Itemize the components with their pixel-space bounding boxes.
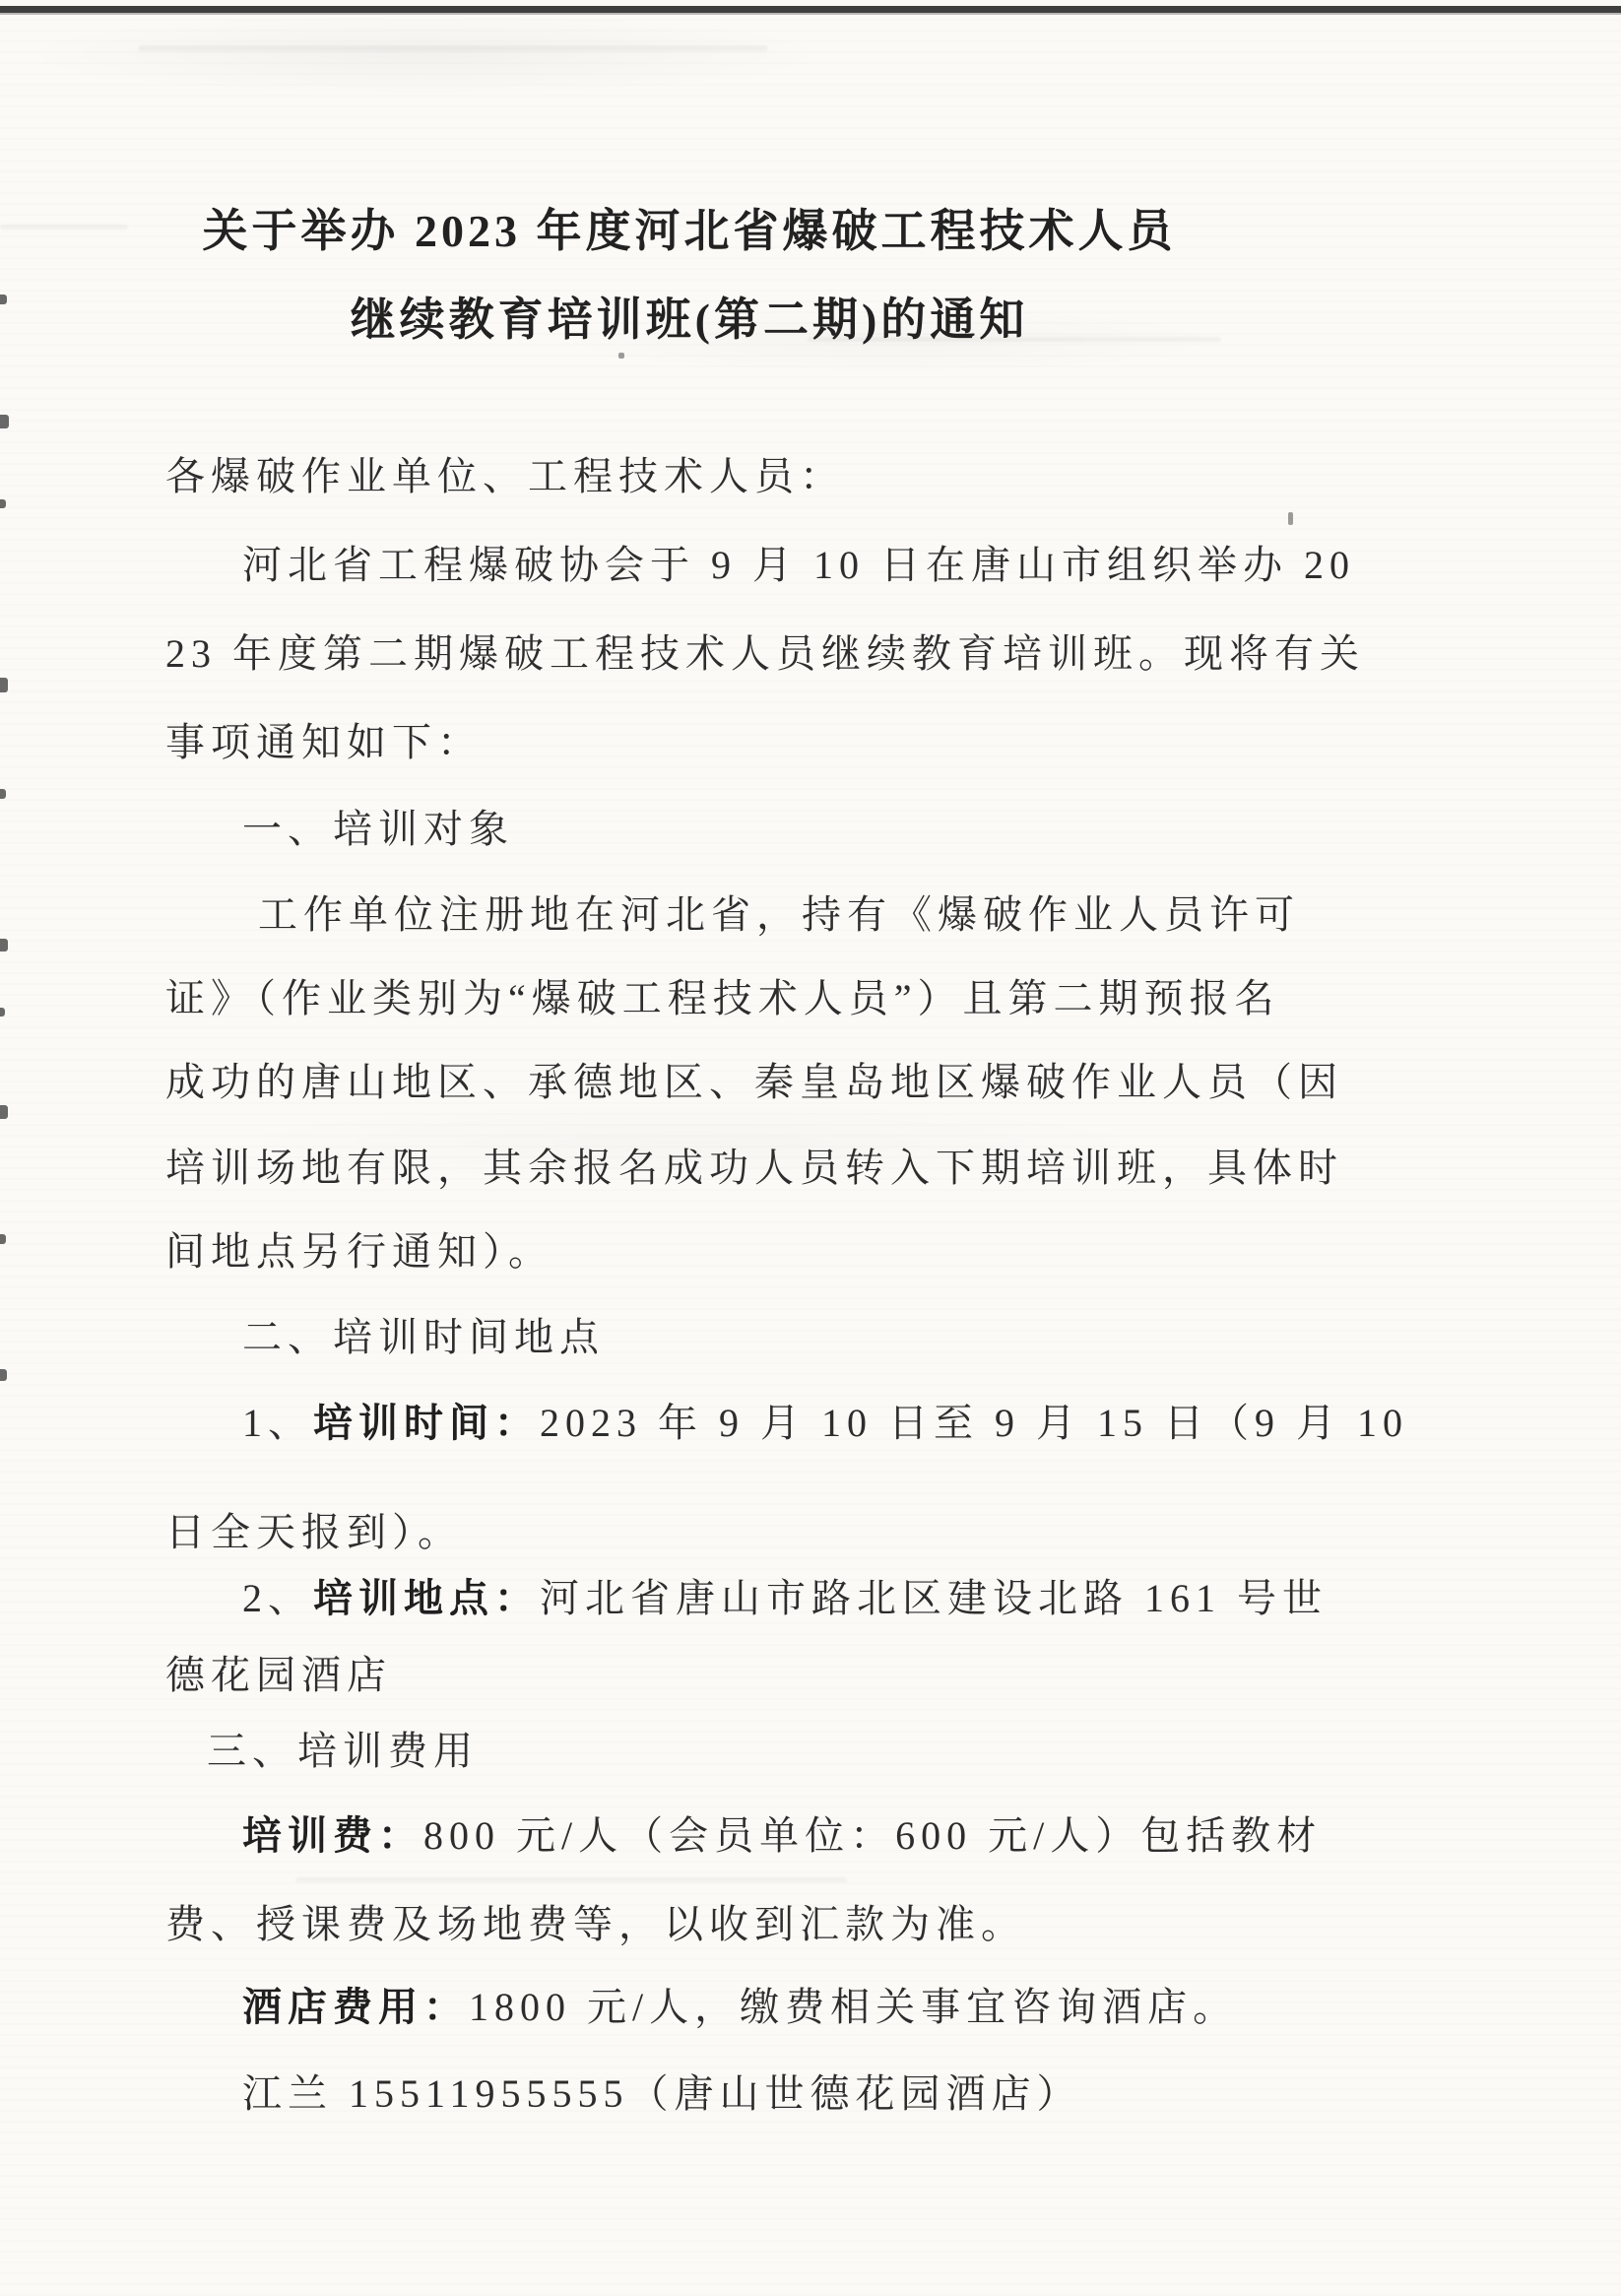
doc-line-salutation: 各爆破作业单位、工程技术人员：	[165, 451, 845, 502]
scan-edge-line	[0, 6, 1621, 13]
scan-artifact	[0, 1105, 8, 1119]
doc-title-line-2: 继续教育培训班(第二期)的通知	[0, 284, 1379, 349]
scan-smudge	[295, 1877, 847, 1882]
scan-artifact	[0, 939, 8, 951]
doc-line: 成功的唐山地区、承德地区、秦皇岛地区爆破作业人员（因	[165, 1057, 1343, 1108]
doc-line: 河北省工程爆破协会于 9 月 10 日在唐山市组织举办 20	[242, 540, 1355, 591]
doc-line-training-place: 2、培训地点：河北省唐山市路北区建设北路 161 号世	[242, 1573, 1328, 1624]
doc-section-2-heading: 二、培训时间地点	[242, 1312, 605, 1363]
doc-line-hotel-contact: 江兰 15511955555（唐山世德花园酒店）	[242, 2068, 1082, 2120]
doc-section-3-heading: 三、培训费用	[207, 1726, 479, 1777]
doc-line: 培训场地有限，其余报名成功人员转入下期培训班，具体时	[165, 1143, 1343, 1194]
scan-speck	[618, 353, 624, 359]
scan-artifact	[0, 1008, 5, 1017]
doc-line-training-time: 1、培训时间：2023 年 9 月 10 日至 9 月 15 日（9 月 10	[242, 1398, 1408, 1449]
doc-line: 日全天报到）。	[165, 1507, 463, 1558]
scan-artifact	[0, 789, 6, 799]
scan-artifact	[0, 678, 8, 692]
scan-artifact	[0, 415, 9, 428]
scan-smudge	[138, 45, 768, 51]
doc-line: 费、授课费及场地费等，以收到汇款为准。	[165, 1899, 1026, 1950]
doc-line-training-fee: 培训费：800 元/人（会员单位：600 元/人）包括教材	[242, 1810, 1322, 1862]
doc-line: 证》（作业类别为“爆破工程技术人员”）且第二期预报名	[165, 973, 1280, 1024]
scan-speck	[1288, 512, 1293, 525]
scan-artifact	[0, 499, 6, 508]
doc-line: 23 年度第二期爆破工程技术人员继续教育培训班。现将有关	[165, 628, 1365, 680]
doc-title-line-1: 关于举办 2023 年度河北省爆破工程技术人员	[0, 195, 1379, 260]
scan-artifact	[0, 1369, 7, 1381]
scanned-document-page: 关于举办 2023 年度河北省爆破工程技术人员 继续教育培训班(第二期)的通知 …	[0, 0, 1621, 2296]
scan-edge-line-faint	[0, 13, 1621, 15]
doc-line-hotel-fee: 酒店费用：1800 元/人，缴费相关事宜咨询酒店。	[242, 1982, 1238, 2033]
scan-artifact	[0, 1234, 6, 1244]
doc-line: 工作单位注册地在河北省，持有《爆破作业人员许可	[258, 889, 1300, 941]
doc-line: 德花园酒店	[165, 1650, 392, 1701]
doc-line: 事项通知如下：	[165, 717, 483, 768]
doc-section-1-heading: 一、培训对象	[242, 804, 514, 855]
doc-line: 间地点另行通知）。	[165, 1226, 553, 1278]
